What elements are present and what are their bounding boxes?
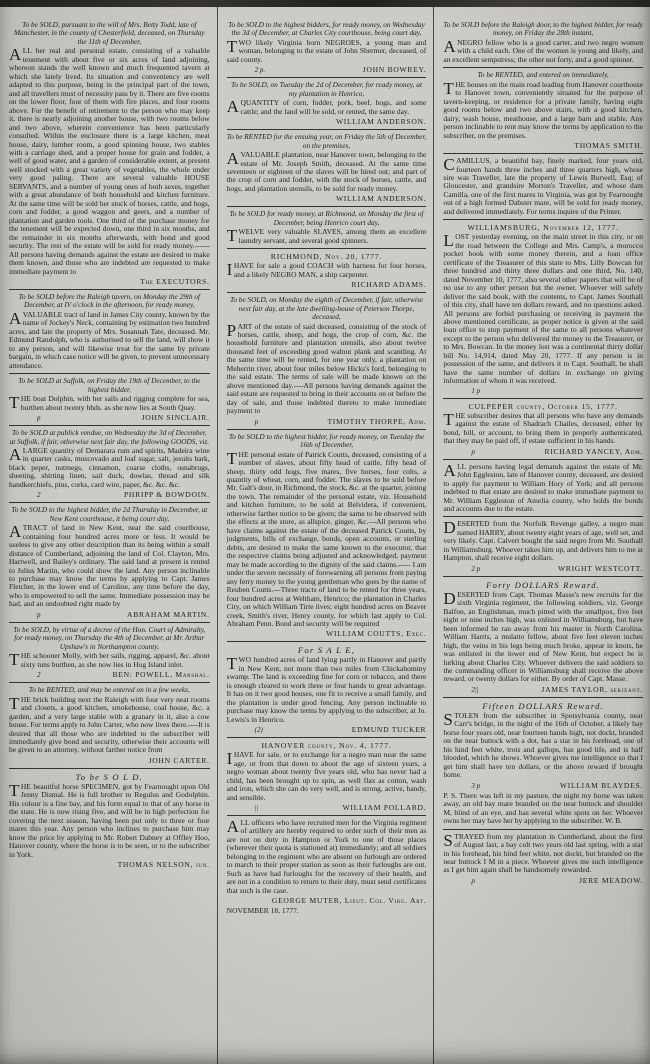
signature-line: THOMAS SMITH.: [443, 141, 643, 150]
ad-body-text: I HAVE for sale a good COACH with harnes…: [227, 262, 427, 279]
ad-body-text: LOST yesterday evening, on the main stre…: [443, 233, 643, 385]
ad-header: To be SOLD to the highest bidder, the 2d…: [9, 506, 210, 523]
signature-line: JOHN CARTER.: [9, 756, 210, 765]
ad-header: To be SOLD for ready money, at Richmond,…: [227, 210, 427, 227]
signature-line: 2 pWRIGHT WESTCOTT.: [443, 564, 643, 573]
advertisement: To be SOLD, pursuant to the will of Mrs.…: [9, 19, 210, 286]
ad-body-text: THE personal estate of Patrick Coutts, d…: [227, 451, 427, 629]
signature-line: 2PHRIPP & BOWDOIN.: [9, 490, 210, 499]
ad-title: To be S O L D.: [9, 772, 210, 782]
advertisement: Forty DOLLARS Reward.DESERTED from Capt.…: [443, 576, 643, 694]
advertisement: Fifteen DOLLARS Reward.STOLEN from the s…: [443, 697, 643, 826]
ad-header: To be SOLD to the highest bidders, for r…: [227, 21, 427, 38]
advertisement: ALL officers who have recruited men for …: [227, 815, 427, 916]
advertisement: To be SOLD, by virtue of a decree of the…: [9, 622, 210, 679]
signature-line: 2BEN: POWELL, Marshal.: [9, 670, 210, 679]
signature-name: JAMES TAYLOR, serjeant.: [541, 685, 643, 694]
ad-title: Forty DOLLARS Reward.: [443, 580, 643, 590]
advertisement: To be SOLD to the highest bidder, for re…: [227, 429, 427, 639]
signature-name: RICHARD ADAMS.: [352, 280, 427, 289]
insertion-mark: p: [443, 877, 475, 885]
signature-line: pJERE MEADOW.: [443, 876, 643, 885]
ad-body-text: DESERTED from the Norfolk Revenge galley…: [443, 520, 643, 562]
ad-header: To be SOLD, on Tuesday the 2d of Decembe…: [227, 81, 427, 98]
advertisement: To be SOLD at publick vendue, on Wednesd…: [9, 425, 210, 499]
scan-edge-top: [0, 0, 650, 7]
ad-body-text: A NEGRO fellow who is a good carter, and…: [443, 39, 643, 64]
ad-dateline: HANOVER county, Nov. 4, 1777.: [227, 741, 427, 750]
advertisement: HANOVER county, Nov. 4, 1777.I HAVE for …: [227, 737, 427, 812]
insertion-mark: p: [9, 414, 41, 422]
signature-name: JERE MEADOW.: [579, 876, 643, 885]
ad-body-text: STOLEN from the subscriber in Spotsylvan…: [443, 712, 643, 780]
advertisement: ALL persons having legal demands against…: [443, 459, 643, 514]
ad-body-text: TWO likely Virginia born NEGROES, a youn…: [227, 39, 427, 64]
signature-line: pABRAHAM MARTIN.: [9, 610, 210, 619]
signature-line: The EXECUTORS.: [9, 277, 210, 286]
ad-body-text: A TRACT of land in New Kent, near the sa…: [9, 524, 210, 609]
ad-body-text: ALL persons having legal demands against…: [443, 463, 643, 514]
signature-name: BEN: POWELL, Marshal.: [113, 670, 210, 679]
ad-body-text: THE houses on the main road leading from…: [443, 81, 643, 140]
signature-line: pJOHN SINCLAIR.: [9, 413, 210, 422]
ad-body-text: ALL her real and personal estate, consis…: [9, 47, 210, 276]
ad-body-text: I HAVE for sale, or to exchange for a ne…: [227, 751, 427, 802]
ad-header: To be SOLD before the Raleigh tavern, on…: [9, 293, 210, 310]
ad-title: For S A L E,: [227, 645, 427, 655]
signature-line: RICHARD ADAMS.: [227, 280, 427, 289]
ad-header: To be SOLD at Suffolk, on Friday the 19t…: [9, 377, 210, 394]
signature-line: 1 p: [443, 387, 643, 395]
ad-header: To be SOLD at publick vendue, on Wednesd…: [9, 429, 210, 446]
signature-name: WRIGHT WESTCOTT.: [558, 564, 643, 573]
advertisement: For S A L E,TWO hundred acres of land ly…: [227, 641, 427, 734]
ad-body-text: THE boat Dolphin, with her sails and rig…: [9, 395, 210, 412]
advertisement: To be SOLD at Suffolk, on Friday the 19t…: [9, 373, 210, 422]
advertisement: To be SOLD before the Raleigh door, to t…: [443, 19, 643, 64]
insertion-mark: (2): [227, 726, 263, 734]
newspaper-sheet: To be SOLD, pursuant to the will of Mrs.…: [0, 7, 650, 1064]
advertisement: To be SOLD, on Tuesday the 2d of Decembe…: [227, 77, 427, 126]
signature-line: 2 p.JOHN BOWREY.: [227, 65, 427, 74]
advertisement: WILLIAMSBURG, November 12, 1777.LOST yes…: [443, 219, 643, 394]
ad-body-text: TWELVE very valuable SLAVES, among them …: [227, 228, 427, 245]
insertion-mark: p: [443, 448, 475, 456]
insertion-mark: 2 p: [443, 565, 480, 573]
signature-name: WILLIAM POLLARD.: [343, 803, 427, 812]
ad-body-text: A VALUABLE tract of land in James City c…: [9, 311, 210, 370]
signature-name: The EXECUTORS.: [140, 277, 209, 286]
ad-dateline: RICHMOND, Nov. 20, 1777.: [227, 252, 427, 261]
ad-body-text: THE beautiful horse SPECIMEN, got by Fea…: [9, 783, 210, 859]
signature-name: RICHARD YANCEY, Adm.: [545, 447, 643, 456]
column-left: To be SOLD, pursuant to the will of Mrs.…: [0, 7, 217, 1064]
ad-postscript: NOVEMBER 18, 1777.: [227, 907, 427, 915]
ad-header: To be SOLD, on Monday the eighth of Dece…: [227, 296, 427, 321]
signature-line: 3 pWILLIAM BLAYDES.: [443, 781, 643, 790]
advertisement: DESERTED from the Norfolk Revenge galley…: [443, 516, 643, 572]
insertion-mark: 2 p.: [227, 66, 266, 74]
ad-header: To be SOLD to the highest bidder, for re…: [227, 433, 427, 450]
advertisement: To be S O L D.THE beautiful horse SPECIM…: [9, 768, 210, 869]
ad-body-text: THE brick building next the Raleigh with…: [9, 696, 210, 755]
signature-name: ABRAHAM MARTIN.: [127, 610, 210, 619]
signature-line: pTIMOTHY THORPE, Adm.: [227, 417, 427, 426]
ad-body-text: PART of the estate of said deceased, con…: [227, 323, 427, 416]
ad-header: To be SOLD, by virtue of a decree of the…: [9, 626, 210, 651]
ad-postscript: P. S. There was left in my pasture, the …: [443, 792, 643, 826]
ad-header: To be SOLD, pursuant to the will of Mrs.…: [9, 21, 210, 46]
ad-body-text: TWO hundred acres of land lying partly i…: [227, 656, 427, 724]
signature-name: WILLIAM BLAYDES.: [560, 781, 643, 790]
signature-name: WILLIAM COUTTS, Exec.: [326, 629, 426, 638]
advertisement: To be RENTED for the ensuing year, on Fr…: [227, 129, 427, 203]
signature-line: WILLIAM ANDERSON.: [227, 117, 427, 126]
insertion-mark: 2: [9, 671, 41, 679]
insertion-mark: ||: [227, 804, 259, 812]
signature-name: JOHN SINCLAIR.: [142, 413, 210, 422]
ad-header: To be SOLD before the Raleigh door, to t…: [443, 21, 643, 38]
ad-dateline: CULPEPER county, October 15, 1777.: [443, 402, 643, 411]
ad-body-text: ALL officers who have recruited men for …: [227, 819, 427, 895]
ad-body-text: CAMILLUS, a beautiful bay, finely marked…: [443, 157, 643, 216]
advertisement: To be SOLD, on Monday the eighth of Dece…: [227, 292, 427, 426]
insertion-mark: p: [9, 611, 41, 619]
advertisement: To be SOLD to the highest bidder, the 2d…: [9, 502, 210, 619]
signature-name: JOHN CARTER.: [149, 756, 210, 765]
signature-name: WILLIAM ANDERSON.: [336, 117, 426, 126]
signature-line: (2)EDMUND TUCKER: [227, 725, 427, 734]
signature-name: JOHN BOWREY.: [363, 65, 427, 74]
signature-line: WILLIAM ANDERSON.: [227, 194, 427, 203]
signature-name: WILLIAM ANDERSON.: [336, 194, 426, 203]
signature-line: THOMAS NELSON, jun.: [9, 860, 210, 869]
ad-title: Fifteen DOLLARS Reward.: [443, 701, 643, 711]
advertisement: To be SOLD to the highest bidders, for r…: [227, 19, 427, 74]
signature-line: 2||JAMES TAYLOR, serjeant.: [443, 685, 643, 694]
advertisement: CULPEPER county, October 15, 1777.THE su…: [443, 398, 643, 456]
advertisement: To be RENTED, and entered on immediately…: [443, 67, 643, 150]
insertion-mark: 3 p: [443, 782, 480, 790]
scanned-newspaper-page: { "page": { "kind": "colonial newspaper …: [0, 0, 650, 1064]
advertisement: To be SOLD for ready money, at Richmond,…: [227, 206, 427, 245]
signature-line: ||WILLIAM POLLARD.: [227, 803, 427, 812]
ad-body-text: THE subscriber desires that all persons …: [443, 412, 643, 446]
ad-header: To be RENTED, and entered on immediately…: [443, 71, 643, 79]
ad-body-text: A QUANTITY of corn, fodder, pork, beef, …: [227, 99, 427, 116]
ad-body-text: A VALUABLE plantation, near Hanover town…: [227, 151, 427, 193]
column-middle: To be SOLD to the highest bidders, for r…: [217, 7, 434, 1064]
ad-body-text: A LARGE quantity of Demarara rum and spi…: [9, 447, 210, 489]
insertion-mark: 2||: [443, 686, 478, 694]
signature-name: TIMOTHY THORPE, Adm.: [327, 417, 426, 426]
advertisement: CAMILLUS, a beautiful bay, finely marked…: [443, 153, 643, 216]
ad-dateline: WILLIAMSBURG, November 12, 1777.: [443, 223, 643, 232]
ad-header: To be RENTED for the ensuing year, on Fr…: [227, 133, 427, 150]
advertisement: RICHMOND, Nov. 20, 1777.I HAVE for sale …: [227, 248, 427, 289]
ad-body-text: STRAYED from my plantation in Cumberland…: [443, 833, 643, 875]
ad-body-text: DESERTED from Capt. Thomas Masse's new r…: [443, 591, 643, 684]
signature-line: GEORGE MUTER, Lieut. Col. Virg. Art.: [227, 896, 427, 905]
advertisement: STRAYED from my plantation in Cumberland…: [443, 829, 643, 885]
signature-name: THOMAS SMITH.: [574, 141, 643, 150]
signature-name: THOMAS NELSON, jun.: [118, 860, 210, 869]
signature-name: PHRIPP & BOWDOIN.: [124, 490, 210, 499]
signature-name: EDMUND TUCKER: [352, 725, 427, 734]
insertion-mark: 2: [9, 491, 41, 499]
advertisement: To be RENTED, and may be entered on in a…: [9, 682, 210, 765]
ad-body-text: THE schooner Molly, with her sails, rigg…: [9, 652, 210, 669]
signature-line: WILLIAM COUTTS, Exec.: [227, 629, 427, 638]
signature-name: GEORGE MUTER, Lieut. Col. Virg. Art.: [272, 896, 426, 905]
column-right: To be SOLD before the Raleigh door, to t…: [433, 7, 650, 1064]
insertion-mark: 1 p: [443, 387, 480, 395]
insertion-mark: p: [227, 418, 259, 426]
signature-line: pRICHARD YANCEY, Adm.: [443, 447, 643, 456]
advertisement: To be SOLD before the Raleigh tavern, on…: [9, 289, 210, 370]
ad-header: To be RENTED, and may be entered on in a…: [9, 686, 210, 694]
